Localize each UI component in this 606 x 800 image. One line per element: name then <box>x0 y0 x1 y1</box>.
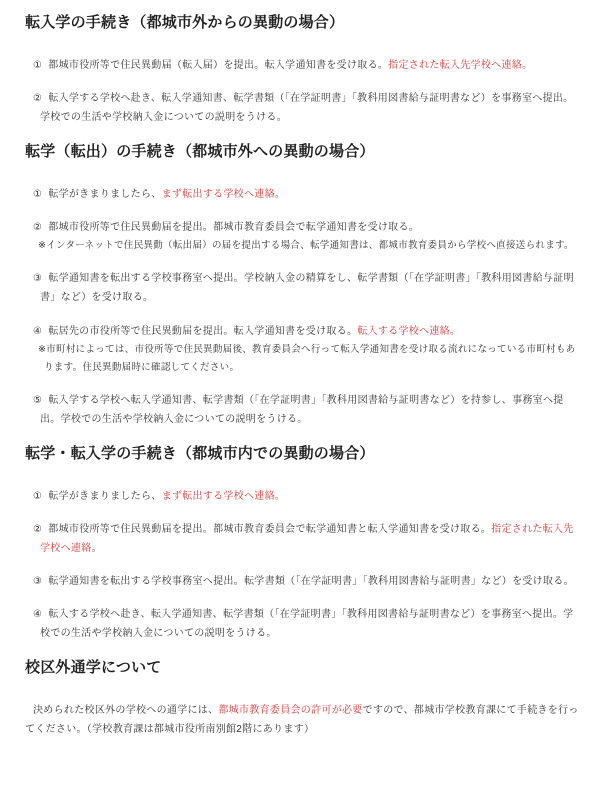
text-segment: 転学がきまりましたら、 <box>48 189 161 200</box>
text-segment-red: 都城市教育委員会の許可が必要 <box>218 705 362 716</box>
list-item: ①転学がきまりましたら、まず転出する学校へ連絡。 <box>33 487 580 506</box>
section-heading: 転学（転出）の手続き（都城市外への異動の場合） <box>25 141 580 163</box>
text-segment: 転入学する学校へ転入学通知書、転学書類（「在学証明書」「教科用図書給与証明書など… <box>40 395 564 425</box>
item-number: ① <box>33 189 42 200</box>
item-number: ③ <box>33 576 42 587</box>
document: 転入学の手続き（都城市外からの異動の場合）①都城市役所等で住民異動届（転入届）を… <box>0 0 606 800</box>
text-segment-red: まず転出する学校へ連絡。 <box>162 189 286 200</box>
item-number: ② <box>33 222 42 233</box>
text-segment: 都城市役所等で住民異動届を提出。都城市教育委員会で転学通知書と転入学通知書を受け… <box>48 524 491 535</box>
list-item: ⑤転入学する学校へ転入学通知書、転学書類（「在学証明書」「教科用図書給与証明書な… <box>33 391 580 429</box>
list-item: ②転入学する学校へ赴き、転入学通知書、転学書類（「在学証明書」「教科用図書給与証… <box>33 89 580 127</box>
list-item: ①都城市役所等で住民異動届（転入届）を提出。転入学通知書を受け取る。指定された転… <box>33 56 580 75</box>
list-item: ①転学がきまりましたら、まず転出する学校へ連絡。 <box>33 185 580 204</box>
section-heading: 転学・転入学の手続き（都城市内での異動の場合） <box>25 443 580 465</box>
section-heading: 転入学の手続き（都城市外からの異動の場合） <box>25 12 580 34</box>
paragraph: 決められた校区外の学校への通学には、都城市教育委員会の許可が必要ですので、都城市… <box>25 701 580 739</box>
text-segment: 決められた校区外の学校への通学には、 <box>33 705 218 716</box>
text-segment: 転入学する学校へ赴き、転入学通知書、転学書類（「在学証明書」「教科用図書給与証明… <box>40 93 573 123</box>
item-number: ① <box>33 491 42 502</box>
item-number: ④ <box>33 326 42 337</box>
item-number: ④ <box>33 609 42 620</box>
list-item: ②都城市役所等で住民異動届を提出。都城市教育委員会で転学通知書を受け取る。※イン… <box>33 218 580 255</box>
item-number: ③ <box>33 273 42 284</box>
list-item: ③転学通知書を転出する学校事務室へ提出。転学書類（「在学証明書」「教科用図書給与… <box>33 572 580 591</box>
section-heading: 校区外通学について <box>25 657 580 679</box>
note: ※市町村によっては、市役所等で住民異動届後、教育委員会へ行って転入学通知書を受け… <box>38 341 580 377</box>
text-segment: 転居先の市役所等で住民異動届を提出。転入学通知書を受け取る。 <box>48 326 357 337</box>
text-segment: 都城市役所等で住民異動届（転入届）を提出。転入学通知書を受け取る。 <box>48 60 388 71</box>
text-segment-red: 指定された転入先学校へ連絡。 <box>388 60 532 71</box>
list-item: ③転学通知書を転出する学校事務室へ提出。学校納入金の精算をし、転学書類（「在学証… <box>33 269 580 307</box>
list-item: ②都城市役所等で住民異動届を提出。都城市教育委員会で転学通知書と転入学通知書を受… <box>33 520 580 558</box>
item-number: ⑤ <box>33 395 42 406</box>
item-number: ② <box>33 93 42 104</box>
note: ※インターネットで住民異動（転出届）の届を提出する場合、転学通知書は、都城市教育… <box>38 237 580 255</box>
text-segment-red: まず転出する学校へ連絡。 <box>162 491 286 502</box>
item-number: ② <box>33 524 42 535</box>
text-segment-red: 転入する学校へ連絡。 <box>357 326 460 337</box>
item-number: ① <box>33 60 42 71</box>
list-item: ④転居先の市役所等で住民異動届を提出。転入学通知書を受け取る。転入する学校へ連絡… <box>33 322 580 377</box>
text-segment: 都城市役所等で住民異動届を提出。都城市教育委員会で転学通知書を受け取る。 <box>48 222 419 233</box>
text-segment: 転学通知書を転出する学校事務室へ提出。学校納入金の精算をし、転学書類（「在学証明… <box>40 273 574 303</box>
text-segment: 転入する学校へ赴き、転入学通知書、転学書類（「在学証明書」「教科用図書給与証明書… <box>40 609 573 639</box>
text-segment: 転学通知書を転出する学校事務室へ提出。転学書類（「在学証明書」「教科用図書給与証… <box>48 576 574 587</box>
text-segment: 転学がきまりましたら、 <box>48 491 161 502</box>
list-item: ④転入する学校へ赴き、転入学通知書、転学書類（「在学証明書」「教科用図書給与証明… <box>33 605 580 643</box>
